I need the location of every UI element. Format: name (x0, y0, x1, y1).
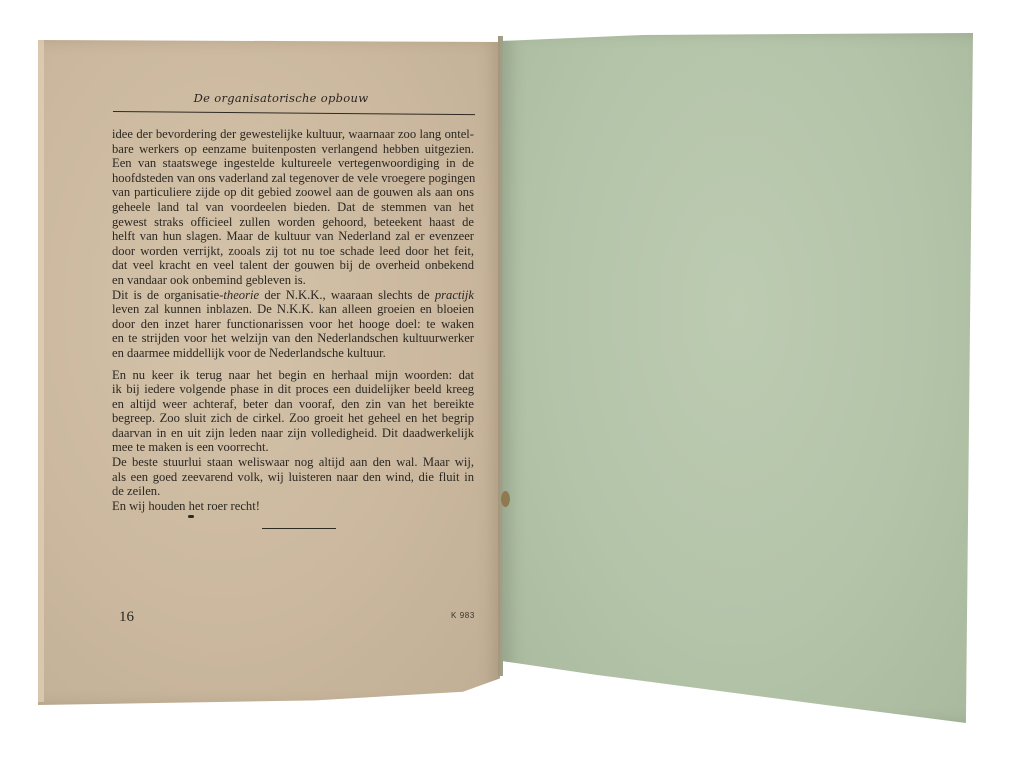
text-line: bare werkers op eenzame buitenposten ver… (112, 142, 474, 157)
staple-rust-stain (501, 491, 510, 507)
text-line: Een van staatswege ingestelde kultureele… (112, 156, 474, 171)
italic-word: theorie (223, 288, 259, 302)
text-line: En wij houden het roer recht! (112, 499, 474, 514)
text-line: gewest straks officieel zullen worden ge… (112, 215, 474, 230)
text-line: mee te maken is een voorrecht. (112, 440, 474, 455)
text-line: idee der bevordering der gewestelijke ku… (112, 127, 474, 142)
text-line: door worden verrijkt, zooals zij tot nu … (112, 244, 474, 259)
text-line: dat veel kracht en veel talent der gouwe… (112, 258, 474, 273)
running-head: De organisatorische opbouw (116, 91, 446, 105)
text-line-with-italics: Dit is de organisatie-theorie der N.K.K.… (112, 288, 474, 303)
text-line: en te strijden voor het welzijn van den … (112, 331, 474, 346)
paragraph-4: De beste stuurlui staan weliswaar nog al… (112, 455, 474, 499)
text-line: ik bij iedere volgende phase in dit proc… (112, 382, 474, 397)
left-page-edge (38, 40, 44, 702)
text-line: en altijd weer achteraf, beter dan voora… (112, 397, 474, 412)
end-rule (262, 528, 336, 529)
paragraph-5: En wij houden het roer recht! (112, 499, 474, 514)
text-line: daarvan in en uit zijn leden naar zijn v… (112, 426, 474, 441)
text-line: en vandaar ook onbemind gebleven is. (112, 273, 474, 288)
ink-blemish (188, 515, 194, 518)
text-line: helft van hun slagen. Maar de kultuur va… (112, 229, 474, 244)
right-page-green-cover (501, 33, 973, 723)
body-text: idee der bevordering der gewestelijke ku… (112, 127, 474, 513)
paragraph-1: idee der bevordering der gewestelijke ku… (112, 127, 474, 288)
text-line: de zeilen. (112, 484, 474, 499)
printer-code: K 983 (451, 611, 475, 620)
book-gutter (498, 36, 503, 676)
text-line: leven zal kunnen inblazen. De N.K.K. kan… (112, 302, 474, 317)
text-line: De beste stuurlui staan weliswaar nog al… (112, 455, 474, 470)
text-line: als een goed zeevarend volk, wij luister… (112, 470, 474, 485)
text-line: begreep. Zoo sluit zich de cirkel. Zoo g… (112, 411, 474, 426)
paragraph-3: En nu keer ik terug naar het begin en he… (112, 368, 474, 456)
paragraph-2: Dit is de organisatie-theorie der N.K.K.… (112, 288, 474, 361)
italic-word: practijk (435, 288, 474, 302)
text-line: hoofdsteden van ons vaderland zal tegeno… (112, 171, 474, 186)
text-line: door den inzet harer functionarissen voo… (112, 317, 474, 332)
text-line: En nu keer ik terug naar het begin en he… (112, 368, 474, 383)
page-number: 16 (119, 609, 134, 626)
text-line: van particuliere zijde op dit gebied zoo… (112, 185, 474, 200)
text-line: geheele land tal van voordeelen bieden. … (112, 200, 474, 215)
text-line: en daarmee middellijk voor de Nederlands… (112, 346, 474, 361)
